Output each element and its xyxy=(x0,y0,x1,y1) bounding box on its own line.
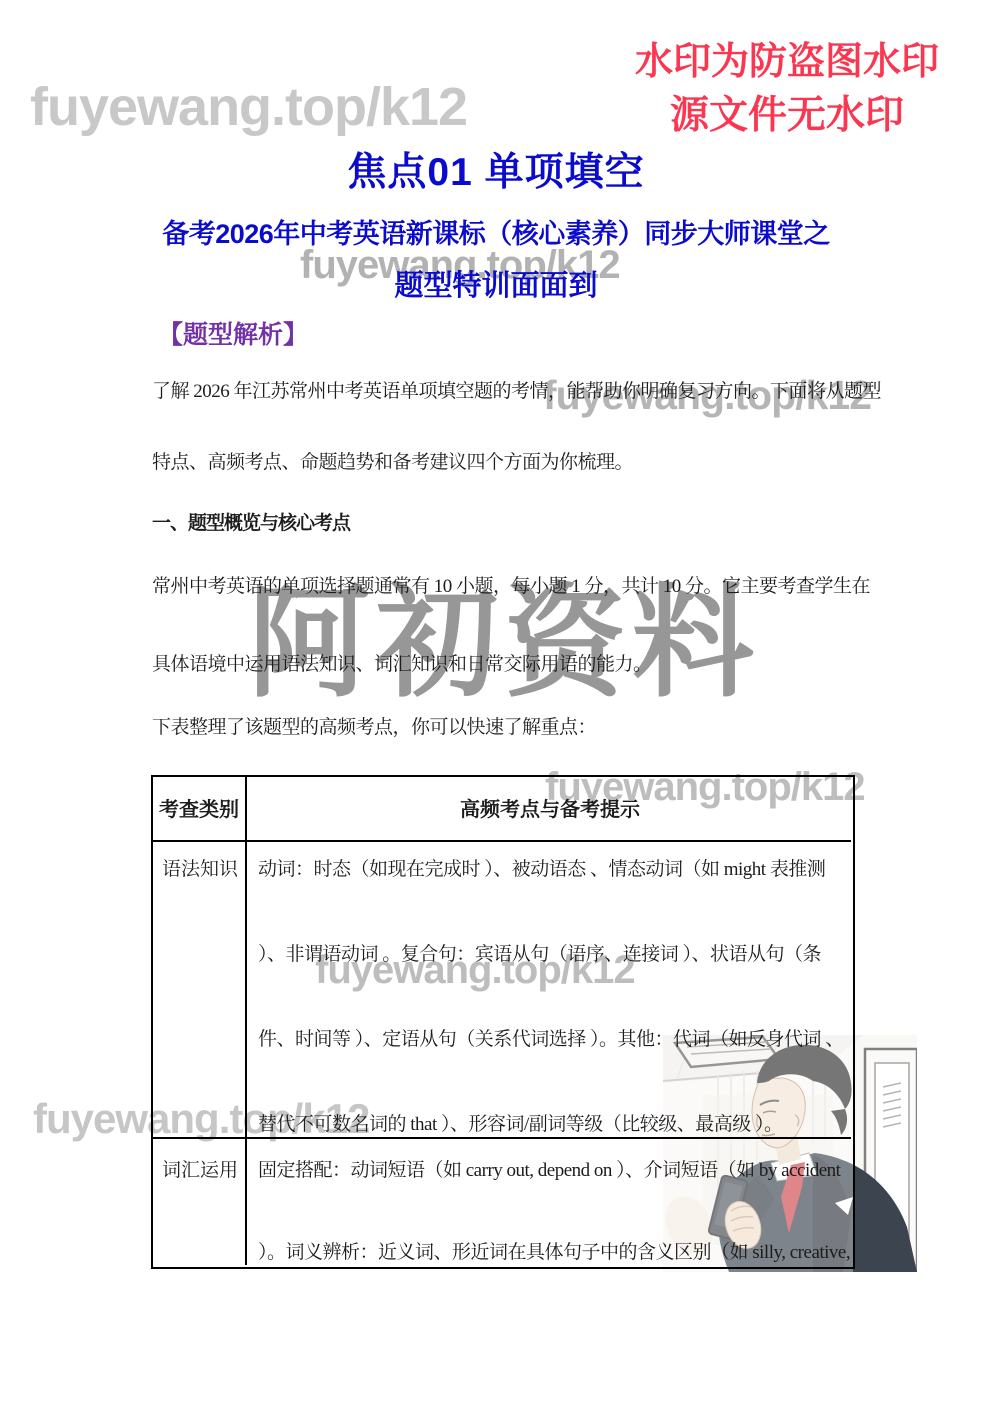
table-cell-line: 动词：时态（如现在完成时 ）、被动语态 、情态动词（如 might 表推测 xyxy=(258,854,825,881)
site-watermark: fuyewang.top/k12 xyxy=(30,76,467,138)
document-page: fuyewang.top/k12 fuyewang.top/k12 fuyewa… xyxy=(0,0,993,1404)
table-cell-line: 替代不可数名词的 that ）、形容词/副词等级（比较级、最高级 ）。 xyxy=(258,1109,783,1136)
table-intro: 下表整理了该题型的高频考点，你可以快速了解重点： xyxy=(152,712,596,739)
exam-points-table xyxy=(151,775,855,1269)
intro-line-2: 特点、高频考点、命题趋势和备考建议四个方面为你梳理。 xyxy=(152,447,633,474)
subtitle-line1: 备考2026年中考英语新课标（核心素养）同步大师课堂之 xyxy=(162,212,830,251)
heading-overview: 一、题型概览与核心考点 xyxy=(152,508,350,535)
table-header-divider xyxy=(151,840,851,842)
table-cell-line: 固定搭配：动词短语（如 carry out, depend on ）、介词短语（… xyxy=(258,1155,840,1182)
table-column-divider xyxy=(245,775,247,1265)
anti-theft-notice-line2: 源文件无水印 xyxy=(670,84,904,140)
overview-line-2: 具体语境中运用语法知识、词汇知识和日常交际用语的能力。 xyxy=(152,649,652,676)
page-title: 焦点01 单项填空 xyxy=(347,141,644,197)
table-row-category: 词汇运用 xyxy=(162,1155,238,1182)
table-row-divider xyxy=(151,1137,851,1139)
subtitle-line2: 题型特训面面到 xyxy=(394,263,597,304)
intro-line-1: 了解 2026 年江苏常州中考英语单项填空题的考情，能帮助你明确复习方向。下面将… xyxy=(152,376,881,403)
table-cell-line: ）。词义辨析：近义词、形近词在具体句子中的含义区别（如 silly, creat… xyxy=(258,1237,850,1264)
table-header-category: 考查类别 xyxy=(151,775,247,840)
overview-line-1: 常州中考英语的单项选择题通常有 10 小题，每小题 1 分，共计 10 分。它主… xyxy=(152,571,870,598)
table-cell-line: ）、非谓语动词 。复合句：宾语从句（语序、连接词 ）、状语从句（条 xyxy=(258,939,821,966)
table-row-category: 语法知识 xyxy=(162,854,238,881)
anti-theft-notice-line1: 水印为防盗图水印 xyxy=(635,30,939,85)
table-header-points: 高频考点与备考提示 xyxy=(247,775,853,840)
table-cell-line: 件、时间等 ）、定语从句（关系代词选择 ）。其他：代词（如反身代词 、 xyxy=(258,1024,844,1051)
section-label: 【题型解析】 xyxy=(158,315,308,351)
